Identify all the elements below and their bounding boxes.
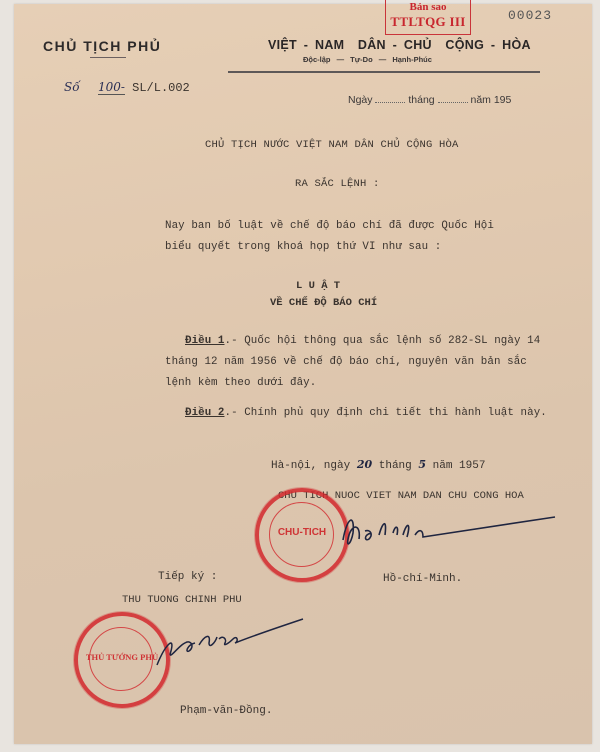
issuer-heading: CHỦ TỊCH NƯỚC VIỆT NAM DÂN CHỦ CỘNG HÒA [205, 139, 459, 151]
decree-action: RA SẮC LỆNH : [295, 178, 380, 190]
signing-date: Hà-nội, ngày 20 tháng 5 năm 1957 [271, 458, 485, 472]
number-prefix: Số [64, 80, 80, 94]
article-1-line-2: tháng 12 năm 1956 về chế độ báo chí, ngu… [165, 352, 527, 372]
pm-signature [155, 615, 315, 675]
document-number: Số 100- SL/L.002 [64, 80, 190, 95]
article-1-text-1: .- Quốc hội thông qua sắc lệnh số 282-SL… [224, 335, 540, 347]
number-handwritten: 100- [98, 80, 125, 95]
pm-name: Phạm-văn-Đồng. [180, 705, 272, 717]
archive-stamp: Bản sao TTLTQG III [385, 0, 471, 35]
article-2-text-1: .- Chính phủ quy định chi tiết thi hành … [224, 407, 546, 419]
article-1-line-1: Điều 1.- Quốc hội thông qua sắc lệnh số … [185, 331, 540, 351]
law-subtitle: VỀ CHẾ ĐỘ BÁO CHÍ [270, 297, 377, 309]
place-date-prefix: Hà-nội, ngày [271, 460, 350, 472]
president-signature [335, 505, 565, 555]
countersign-label: Tiếp ký : [158, 571, 217, 583]
office-underline [90, 57, 126, 58]
president-seal-center: CHU-TICH [259, 527, 345, 538]
office-title: CHỦ TỊCH PHỦ [43, 38, 161, 54]
archive-stamp-line1: Bản sao [386, 1, 470, 14]
number-suffix: SL/L.002 [132, 81, 190, 95]
pm-title: THU TUONG CHINH PHU [122, 594, 242, 606]
signing-month-label: tháng [379, 460, 412, 472]
president-name: Hồ-chí-Minh. [383, 573, 462, 585]
month-blank [438, 101, 468, 103]
national-motto: Độc-lập — Tự-Do — Hạnh-Phúc [303, 55, 432, 64]
year-label: năm 195 [470, 94, 511, 106]
month-label: tháng [408, 94, 434, 106]
pm-seal-center: THỦ TƯỚNG PHỦ [78, 652, 166, 662]
header-rule [228, 71, 540, 73]
day-label: Ngày [348, 94, 373, 106]
article-2-label: Điều 2 [185, 407, 224, 419]
article-1-label: Điều 1 [185, 335, 224, 347]
signing-year: năm 1957 [433, 460, 486, 472]
signing-month: 5 [418, 458, 426, 471]
day-blank [375, 101, 405, 103]
law-title: L U Ậ T [296, 280, 340, 292]
preamble-line-2: biểu quyết trong khoá họp thứ VI như sau… [165, 237, 441, 257]
date-template: Ngày tháng năm 195 [348, 94, 511, 106]
article-1-line-3: lệnh kèm theo dưới đây. [165, 373, 316, 393]
archive-stamp-line2: TTLTQG III [386, 14, 470, 29]
signing-day: 20 [357, 458, 372, 471]
article-2-line-1: Điều 2.- Chính phủ quy định chi tiết thi… [185, 403, 547, 423]
nation-name: VIỆT - NAM DÂN - CHỦ CỘNG - HÒA [268, 38, 531, 52]
preamble-line-1: Nay ban bố luật về chế độ báo chí đã đượ… [165, 216, 494, 236]
document-code: 00023 [508, 8, 552, 23]
